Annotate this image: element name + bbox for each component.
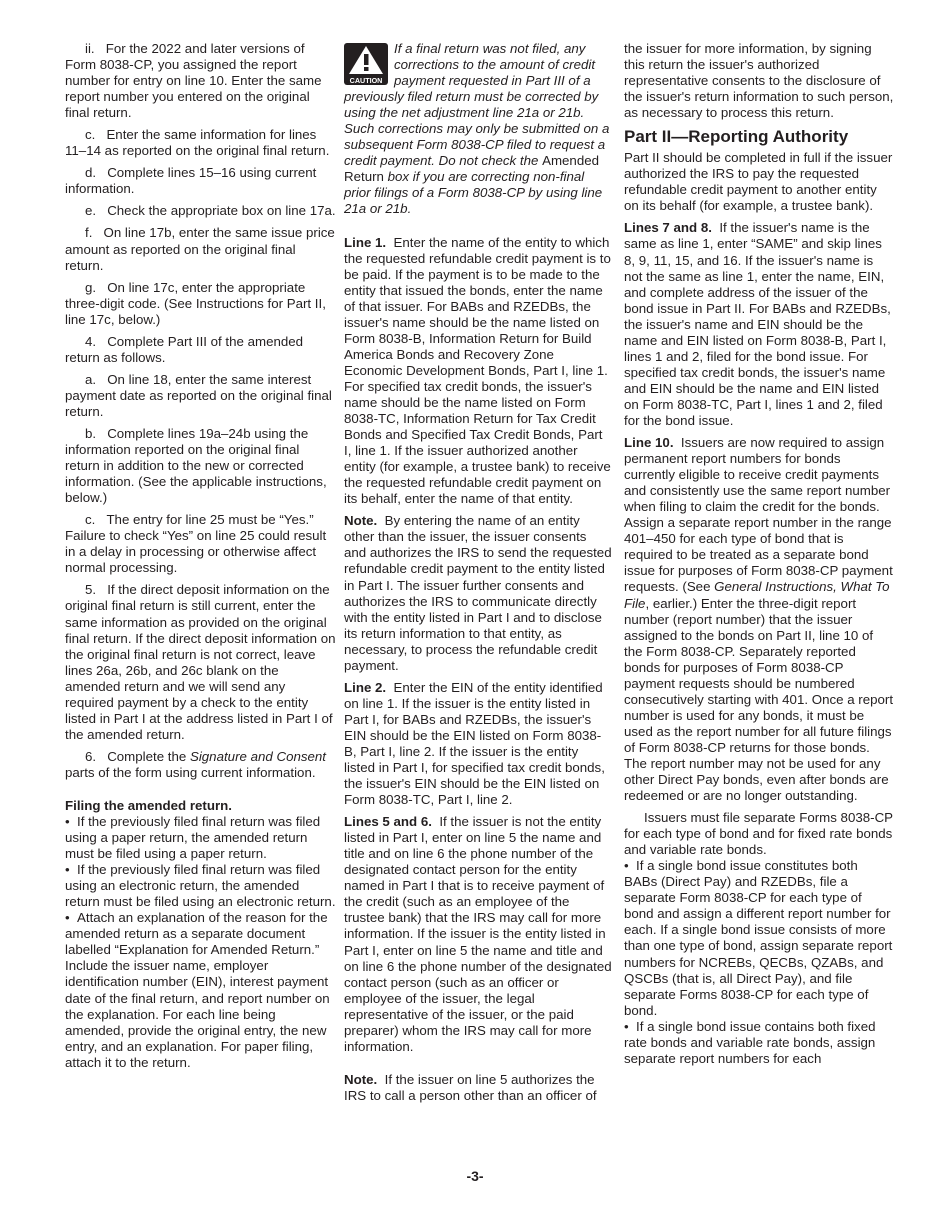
bullet-icon: • xyxy=(65,862,77,878)
bullet-icon: • xyxy=(65,910,77,926)
line-1-instructions: Line 1. Enter the name of the entity to … xyxy=(344,235,612,508)
column-left: ii. For the 2022 and later versions of F… xyxy=(65,41,337,1071)
paragraph-5: 5. If the direct deposit information on … xyxy=(65,582,337,742)
filing-bullet: •Attach an explanation of the reason for… xyxy=(65,910,337,1070)
paragraph-e: e. Check the appropriate box on line 17a… xyxy=(65,203,337,219)
filing-amended-heading: Filing the amended return. xyxy=(65,798,337,814)
column-right: the issuer for more information, by sign… xyxy=(624,41,894,1067)
paragraph-g: g. On line 17c, enter the appropriate th… xyxy=(65,280,337,328)
paragraph-f: f. On line 17b, enter the same issue pri… xyxy=(65,225,337,273)
note-line-5-continued: the issuer for more information, by sign… xyxy=(624,41,894,121)
part-ii-heading: Part II—Reporting Authority xyxy=(624,127,894,147)
caution-icon: CAUTION xyxy=(344,43,388,85)
bullet-icon: • xyxy=(624,858,636,874)
paragraph-d: d. Complete lines 15–16 using current in… xyxy=(65,165,337,197)
report-number-bullet: •If a single bond issue contains both fi… xyxy=(624,1019,894,1067)
paragraph-ii: ii. For the 2022 and later versions of F… xyxy=(65,41,337,121)
lines-7-8-instructions: Lines 7 and 8. If the issuer's name is t… xyxy=(624,220,894,429)
filing-bullet: •If the previously filed final return wa… xyxy=(65,862,337,910)
separate-forms-paragraph: Issuers must file separate Forms 8038-CP… xyxy=(624,810,894,858)
svg-text:CAUTION: CAUTION xyxy=(350,76,383,85)
bullet-icon: • xyxy=(65,814,77,830)
note-entity-consent: Note. By entering the name of an entity … xyxy=(344,513,612,673)
warning-triangle-icon: CAUTION xyxy=(344,43,388,85)
lines-5-6-instructions: Lines 5 and 6. If the issuer is not the … xyxy=(344,814,612,1055)
page-number: -3- xyxy=(0,1168,950,1184)
report-number-bullet: •If a single bond issue constitutes both… xyxy=(624,858,894,1018)
line-2-instructions: Line 2. Enter the EIN of the entity iden… xyxy=(344,680,612,808)
filing-bullet: •If the previously filed final return wa… xyxy=(65,814,337,862)
paragraph-6: 6. Complete the Signature and Consent pa… xyxy=(65,749,337,781)
note-line-5: Note. If the issuer on line 5 authorizes… xyxy=(344,1072,612,1104)
paragraph-4: 4. Complete Part III of the amended retu… xyxy=(65,334,337,366)
paragraph-4b: b. Complete lines 19a–24b using the info… xyxy=(65,426,337,506)
paragraph-4c: c. The entry for line 25 must be “Yes.” … xyxy=(65,512,337,576)
caution-note: CAUTION If a final return was not filed,… xyxy=(344,41,612,218)
bullet-icon: • xyxy=(624,1019,636,1035)
paragraph-c: c. Enter the same information for lines … xyxy=(65,127,337,159)
part-ii-intro: Part II should be completed in full if t… xyxy=(624,150,894,214)
paragraph-4a: a. On line 18, enter the same interest p… xyxy=(65,372,337,420)
line-10-instructions: Line 10. Issuers are now required to ass… xyxy=(624,435,894,804)
column-middle: CAUTION If a final return was not filed,… xyxy=(344,41,612,1110)
